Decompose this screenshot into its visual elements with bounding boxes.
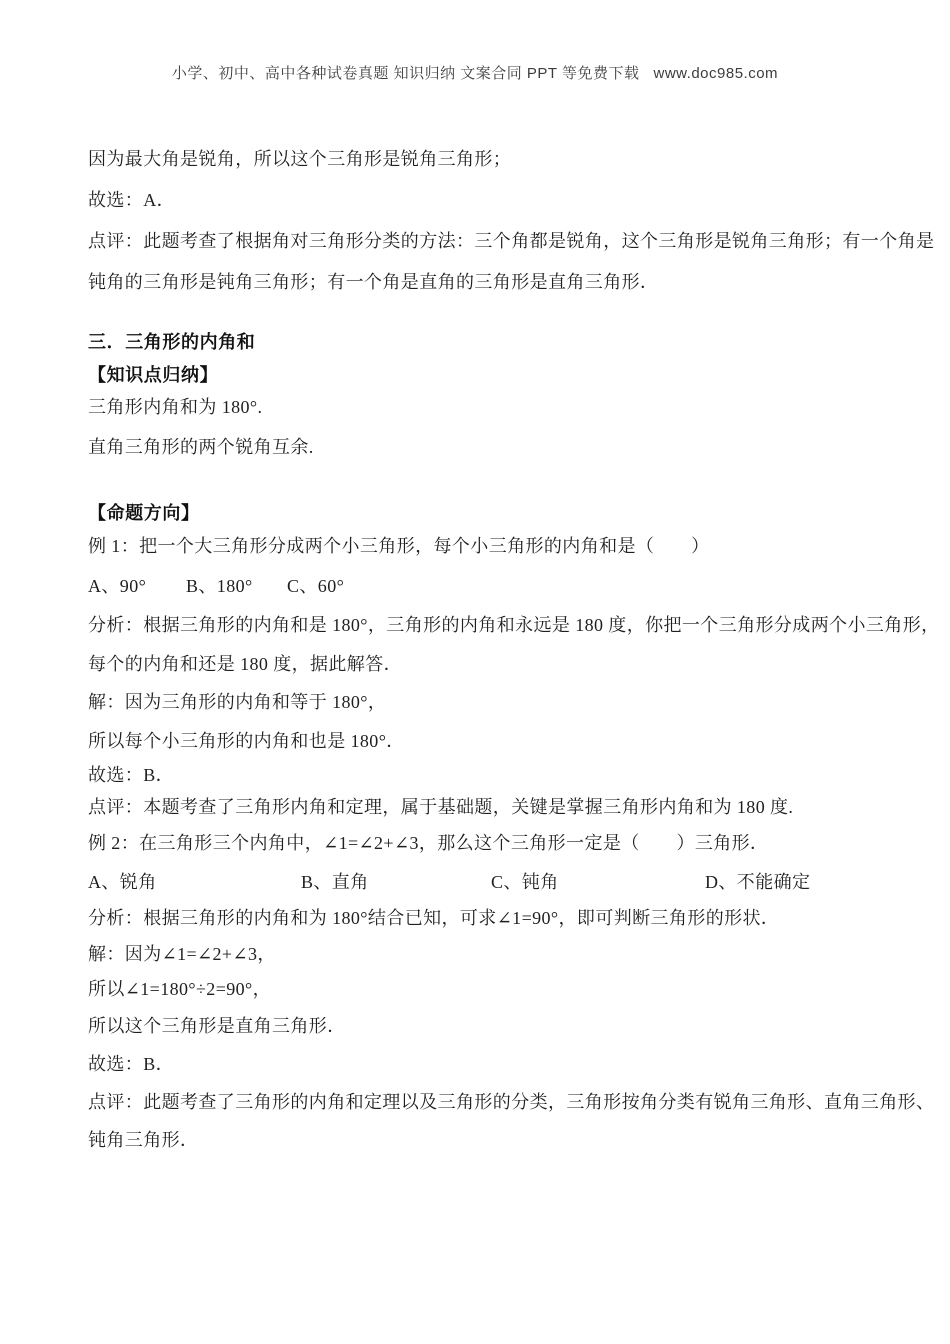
example1-question: 例 1：把一个大三角形分成两个小三角形，每个小三角形的内角和是（ ）	[88, 535, 862, 557]
comment-line: 钝角的三角形是钝角三角形；有一个角是直角的三角形是直角三角形．	[88, 271, 862, 293]
example1-solution-line: 所以每个小三角形的内角和也是 180°．	[88, 730, 862, 752]
example1-analysis-line: 每个的内角和还是 180 度，据此解答．	[88, 653, 862, 675]
example1-options: A、90°B、180°C、60°	[88, 575, 862, 597]
example2-solution-line: 解：因为∠1=∠2+∠3，	[88, 943, 862, 965]
example1-comment-line: 点评：本题考查了三角形内角和定理，属于基础题，关键是掌握三角形内角和为 180 …	[88, 796, 862, 818]
page-header: 小学、初中、高中各种试卷真题 知识归纳 文案合同 PPT 等免费下载www.do…	[0, 62, 950, 83]
example1-solution-line: 解：因为三角形的内角和等于 180°，	[88, 691, 862, 713]
comment-line: 点评：此题考查了根据角对三角形分类的方法：三个角都是锐角，这个三角形是锐角三角形…	[88, 230, 862, 252]
header-site-url: www.doc985.com	[654, 65, 779, 82]
knowledge-line: 三角形内角和为 180°.	[88, 396, 862, 418]
example2-options: A、锐角 B、直角 C、钝角 D、不能确定	[88, 871, 862, 893]
section-title: 三．三角形的内角和	[88, 331, 862, 353]
example2-solution-line: 所以∠1=180°÷2=90°，	[88, 978, 862, 1000]
example1-option-c: C、60°	[287, 575, 344, 597]
example2-question: 例 2：在三角形三个内角中，∠1=∠2+∠3，那么这个三角形一定是（ ）三角形．	[88, 832, 862, 854]
example1-option-b: B、180°	[186, 575, 287, 597]
solution-line: 因为最大角是锐角，所以这个三角形是锐角三角形；	[88, 148, 862, 170]
example2-analysis-line: 分析：根据三角形的内角和为 180°结合已知，可求∠1=90°，即可判断三角形的…	[88, 907, 862, 929]
example2-comment-line: 点评：此题考查了三角形的内角和定理以及三角形的分类，三角形按角分类有锐角三角形、…	[88, 1091, 862, 1113]
example1-option-a: A、90°	[88, 575, 186, 597]
document-page: 小学、初中、高中各种试卷真题 知识归纳 文案合同 PPT 等免费下载www.do…	[0, 0, 950, 1344]
knowledge-points-heading: 【知识点归纳】	[88, 364, 862, 386]
header-slogan: 小学、初中、高中各种试卷真题 知识归纳 文案合同 PPT 等免费下载	[172, 65, 640, 82]
example2-comment-line: 钝角三角形．	[88, 1129, 862, 1151]
example1-analysis-line: 分析：根据三角形的内角和是 180°，三角形的内角和永远是 180 度，你把一个…	[88, 614, 862, 636]
example2-solution-line: 所以这个三角形是直角三角形．	[88, 1015, 862, 1037]
example2-option-d: D、不能确定	[705, 871, 810, 893]
answer-line: 故选：A．	[88, 189, 862, 211]
example2-option-b: B、直角	[301, 871, 369, 893]
example2-answer-line: 故选：B．	[88, 1053, 862, 1075]
knowledge-line: 直角三角形的两个锐角互余.	[88, 436, 862, 458]
example1-answer-line: 故选：B．	[88, 764, 862, 786]
example2-option-a: A、锐角	[88, 871, 157, 893]
example2-option-c: C、钝角	[491, 871, 559, 893]
question-direction-heading: 【命题方向】	[88, 502, 862, 524]
